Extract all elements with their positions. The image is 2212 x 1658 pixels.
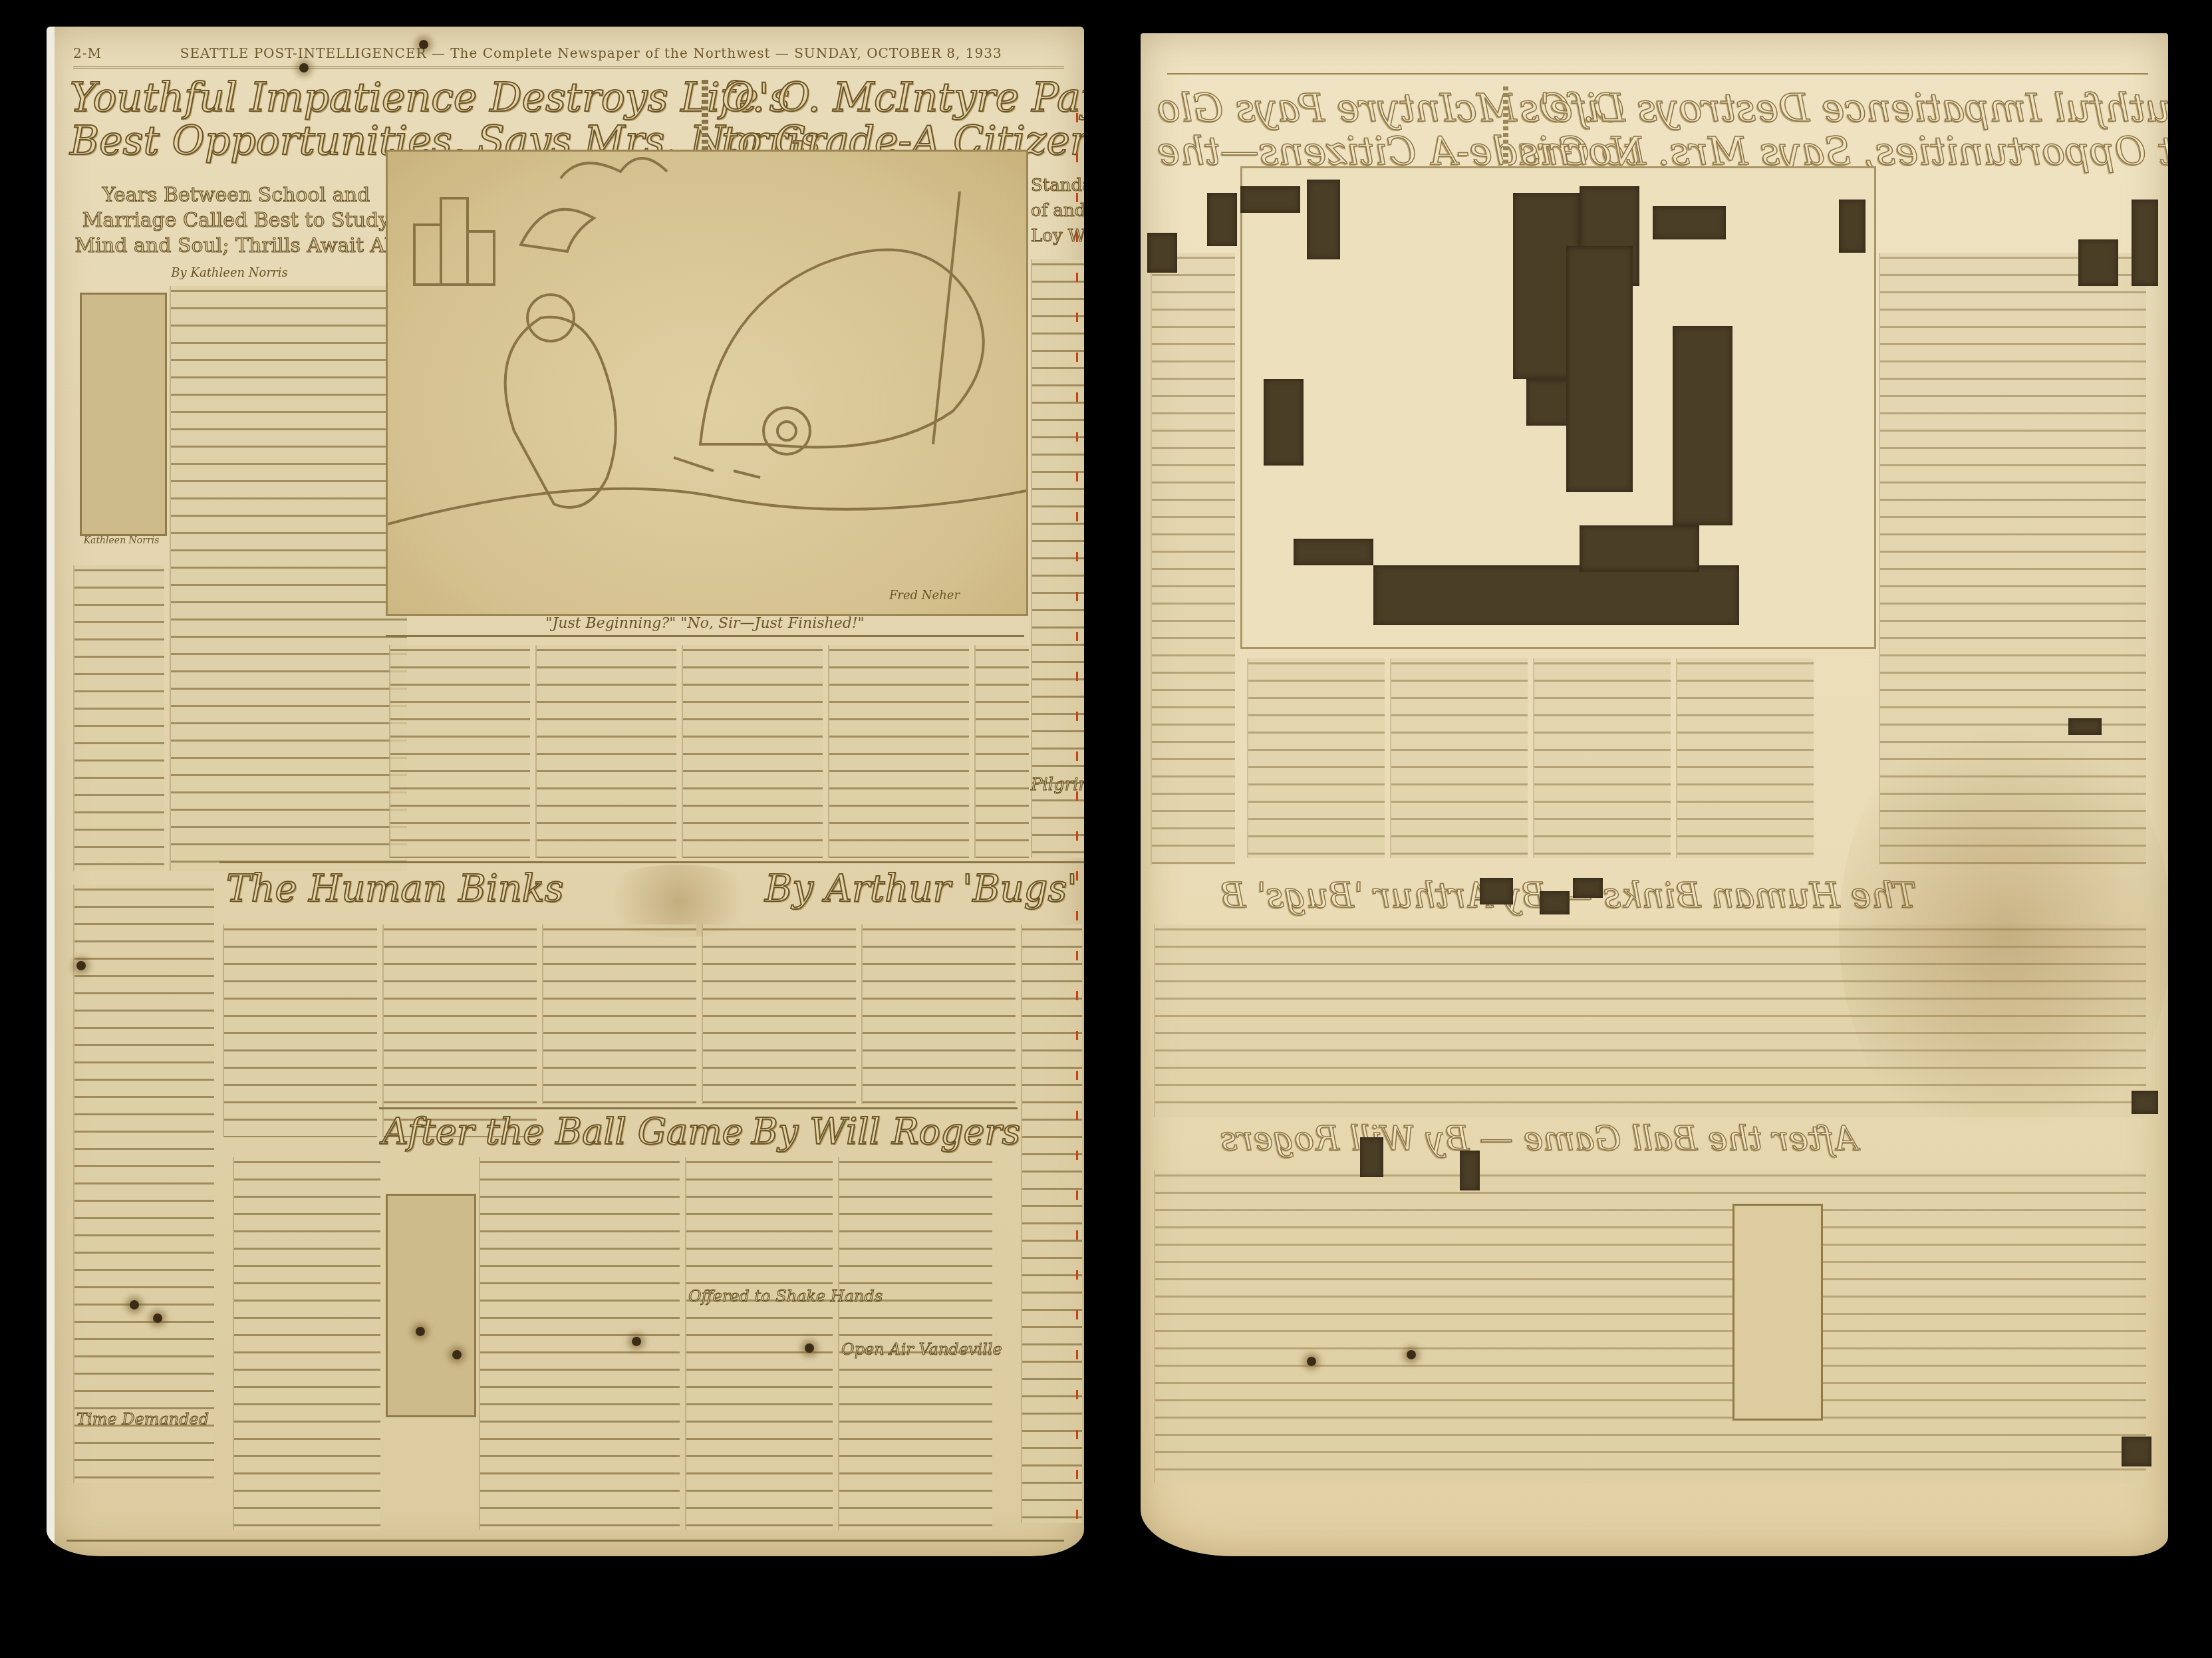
text-column	[1676, 658, 1814, 858]
tape-patch	[2132, 1091, 2158, 1114]
tape-patch	[2078, 239, 2118, 286]
stain	[1839, 698, 2168, 1164]
divider	[379, 1107, 1018, 1109]
pin-hole	[153, 1313, 162, 1323]
text-column	[1151, 253, 1235, 865]
text-block	[1154, 1171, 2146, 1483]
text-column	[73, 565, 164, 871]
tape-patch	[1264, 379, 1304, 466]
tape-patch	[1673, 326, 1732, 525]
text-column	[682, 645, 823, 858]
pin-hole	[632, 1337, 641, 1346]
tape-patch	[1240, 186, 1300, 213]
red-guide-marks	[1076, 113, 1078, 1536]
banner-after-ball-game: After the Ball Game	[382, 1111, 743, 1153]
cartoon-signature: Fred Neher	[858, 589, 991, 603]
subhead-shake-hands: Offered to Shake Hands	[688, 1287, 883, 1306]
text-column	[223, 924, 377, 1137]
left-printing-plate: 2-M SEATTLE POST-INTELLIGENCER — The Com…	[47, 27, 1084, 1556]
headline-norris-line1: Youthful Impatience Destroys Life's	[70, 76, 790, 119]
tape-patch	[1566, 246, 1633, 492]
text-column	[389, 645, 530, 858]
subhead-time-demanded: Time Demanded	[76, 1410, 209, 1429]
tape-patch	[1573, 878, 1603, 898]
cartoon-caption: "Just Beginning?" "No, Sir—Just Finished…	[419, 615, 991, 632]
byline-norris: By Kathleen Norris	[120, 266, 339, 280]
tape-patch	[2132, 200, 2158, 286]
subhead-vandeville: Open Air Vandeville	[841, 1340, 1002, 1359]
cartoon-drawing-icon	[388, 152, 1026, 614]
text-column	[1021, 924, 1082, 1523]
text-column	[1533, 658, 1671, 858]
tape-patch	[1460, 1151, 1480, 1190]
text-column	[828, 645, 969, 858]
tape-patch	[1307, 180, 1340, 259]
tape-patch	[1480, 878, 1513, 904]
text-column	[170, 286, 407, 871]
editorial-cartoon	[386, 150, 1028, 616]
pin-hole	[416, 1327, 425, 1336]
photo-rogers	[386, 1194, 476, 1417]
text-column	[73, 885, 214, 1483]
text-column	[479, 1157, 680, 1530]
pin-hole	[76, 961, 86, 970]
text-column	[233, 1157, 380, 1530]
pin-hole	[805, 1343, 814, 1353]
tape-patch	[1580, 525, 1699, 572]
pin-hole	[299, 63, 309, 72]
plate-edge	[47, 27, 55, 1556]
right-printing-mat: O. O. McIntyre Pays Glo to Grade-A Citiz…	[1141, 33, 2168, 1556]
text-column	[974, 645, 1029, 858]
tape-patch	[1207, 193, 1237, 246]
tape-patch	[2068, 718, 2102, 735]
banner-human-binks: The Human Binks	[226, 868, 563, 910]
text-column	[861, 924, 1016, 1104]
tape-patch	[1360, 1137, 1383, 1177]
text-column	[382, 924, 537, 1137]
byline-rogers: By Will Rogers	[752, 1111, 1020, 1153]
pin-hole	[130, 1300, 139, 1310]
headline-divider	[1503, 86, 1508, 166]
banner-rogers-mirrored: After the Ball Game — By Will Rogers	[1220, 1117, 1858, 1160]
masthead-mirrored	[1167, 47, 2148, 75]
photo-norris	[80, 293, 167, 536]
tape-patch	[2122, 1437, 2151, 1466]
pin-hole	[1407, 1350, 1416, 1359]
tape-patch	[1839, 200, 1866, 253]
tape-patch	[1373, 565, 1739, 625]
text-column	[542, 924, 696, 1104]
divider	[219, 861, 1084, 863]
text-column	[1390, 658, 1528, 858]
divider	[386, 635, 1024, 637]
tape-patch	[1540, 891, 1570, 914]
headline-norris-mirrored-line1: Youthful Impatience Destroys Life's	[1520, 86, 2168, 129]
headline-divider	[702, 80, 708, 160]
subhead-norris: Years Between School and Marriage Called…	[67, 183, 406, 259]
pin-hole	[419, 40, 428, 49]
photo-caption-norris: Kathleen Norris	[80, 535, 163, 546]
headline-mcintyre-line1: O. O. McIntyre Pays Glo	[722, 76, 1084, 119]
masthead: 2-M SEATTLE POST-INTELLIGENCER — The Com…	[73, 40, 1064, 69]
tape-patch	[1294, 539, 1373, 565]
pin-hole	[452, 1350, 462, 1359]
text-column	[1247, 658, 1385, 858]
bottom-border	[67, 1540, 1064, 1542]
photo-rogers-mirrored	[1732, 1204, 1823, 1421]
tape-patch	[1147, 233, 1177, 273]
pin-hole	[1307, 1357, 1316, 1366]
page-marker: 2-M	[73, 45, 102, 61]
text-column	[702, 924, 856, 1104]
masthead-text: SEATTLE POST-INTELLIGENCER — The Complet…	[180, 45, 1002, 61]
text-column	[535, 645, 676, 858]
tape-patch	[1653, 206, 1726, 239]
byline-baer: By Arthur 'Bugs' Baer	[765, 868, 1084, 910]
